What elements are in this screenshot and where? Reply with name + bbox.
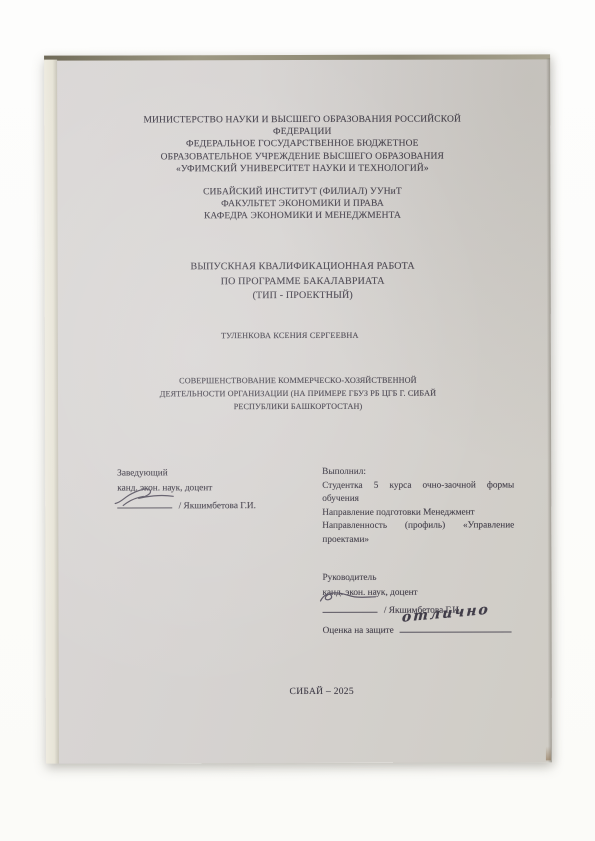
performer-line: проектами» [322, 533, 514, 547]
head-signature-name: / Якшимбетова Г.И. [179, 501, 256, 511]
performer-line: Направление подготовки Менеджмент [322, 506, 514, 520]
head-role-label: Заведующий [117, 466, 317, 482]
thesis-title-line: СОВЕРШЕНСТВОВАНИЕ КОММЕРЧЕСКО-ХОЗЯЙСТВЕН… [67, 373, 529, 387]
work-type-block: ВЫПУСКНАЯ КВАЛИФИКАЦИОННАЯ РАБОТА ПО ПРО… [72, 259, 534, 304]
performer-line: Студентка 5 курса очно-заочной формы [322, 479, 514, 493]
department-line: КАФЕДРА ЭКОНОМИКИ И МЕНЕДЖМЕНТА [71, 209, 533, 222]
performer-line: обучения [322, 492, 514, 506]
thesis-title: СОВЕРШЕНСТВОВАНИЕ КОММЕРЧЕСКО-ХОЗЯЙСТВЕН… [67, 373, 529, 413]
thesis-title-line: ДЕЯТЕЛЬНОСТИ ОРГАНИЗАЦИИ (НА ПРИМЕРЕ ГБУ… [67, 386, 529, 400]
thesis-title-line: РЕСПУБЛИКИ БАШКОРТОСТАН) [67, 399, 529, 413]
university-name: «УФИМСКИЙ УНИВЕРСИТЕТ НАУКИ И ТЕХНОЛОГИЙ… [71, 162, 533, 175]
ministry-block: МИНИСТЕРСТВО НАУКИ И ВЫСШЕГО ОБРАЗОВАНИЯ… [71, 113, 533, 175]
signature-line [117, 496, 172, 508]
signature-line [323, 601, 378, 613]
head-signature-row: / Якшимбетова Г.И. [117, 496, 317, 515]
grade-label: Оценка на защите [323, 626, 394, 636]
photo-background: МИНИСТЕРСТВО НАУКИ И ВЫСШЕГО ОБРАЗОВАНИЯ… [0, 0, 595, 841]
head-of-department-block: Заведующий канд. экон. наук, доцент / Як… [117, 466, 317, 515]
document-page: МИНИСТЕРСТВО НАУКИ И ВЫСШЕГО ОБРАЗОВАНИЯ… [44, 54, 552, 763]
work-type-line: ВЫПУСКНАЯ КВАЛИФИКАЦИОННАЯ РАБОТА [72, 259, 534, 275]
performer-label: Выполнил: [322, 465, 514, 479]
work-type-line: ПО ПРОГРАММЕ БАКАЛАВРИАТА [72, 274, 534, 290]
signature-icon [318, 588, 378, 608]
city-year-line: СИБАЙ – 2025 [91, 686, 553, 697]
work-type-line: (ТИП - ПРОЕКТНЫЙ) [72, 289, 534, 305]
page-content: МИНИСТЕРСТВО НАУКИ И ВЫСШЕГО ОБРАЗОВАНИЯ… [44, 54, 552, 763]
performer-line: Направленность (профиль) «Управление [322, 519, 514, 533]
institute-block: СИБАЙСКИЙ ИНСТИТУТ (ФИЛИАЛ) УУНиТ ФАКУЛЬ… [71, 185, 533, 222]
signature-icon [113, 483, 177, 507]
author-name: ТУЛЕНКОВА КСЕНИЯ СЕРГЕЕВНА [59, 330, 521, 340]
supervisor-role-label: Руководитель [322, 570, 522, 586]
grade-line: отлично [399, 620, 511, 632]
grade-row: Оценка на защите отлично [323, 620, 533, 636]
performer-block: Выполнил: Студентка 5 курса очно-заочной… [322, 465, 514, 547]
